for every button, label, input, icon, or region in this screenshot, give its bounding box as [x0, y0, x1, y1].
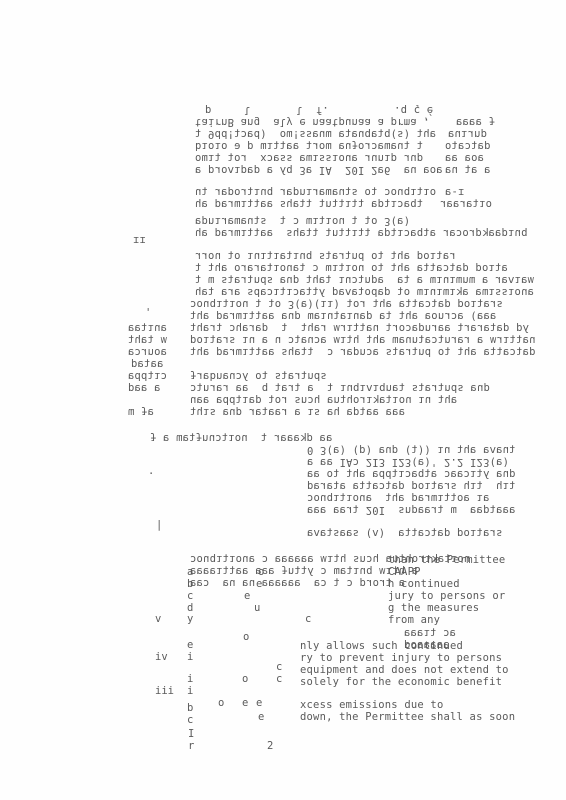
- enumeration-mark: I: [188, 729, 194, 740]
- text-line-mirrored: ɐ ɐɐ IAɔ 2I3 I23(ɐ)' 2.2 I23(ɐ): [307, 456, 509, 467]
- document-page: p l l f. .q ç étairnB ang aly e naatpuna…: [0, 0, 566, 800]
- text-line-mirrored: p l l f. .q ç é: [205, 104, 433, 115]
- enumeration-mark: c: [276, 662, 282, 673]
- text-line: jury to persons or: [388, 591, 505, 602]
- text-line: solely for the economic benefit: [300, 677, 502, 688]
- text-line-mirrored: ɐɐɔ ɐu ɐu ɐɐɐɐɐɐ ɐɔ ʇ ɔ pɹoɹʇ ɐ: [190, 577, 405, 588]
- text-line-mirrored: ʇ ɯ sʇɐɹʇnds ɐup ʇɥɐʇ ıuɔʇnpɐ ɐʇ ɐ ɯıuıɯ…: [195, 274, 534, 285]
- enumeration-mark: c: [305, 614, 311, 625]
- left-margin-fragment: .: [148, 466, 155, 477]
- text-line: CAAPP: [388, 567, 421, 578]
- text-line-mirrored: ʇɥıs ɐup ɹɐʇɐɐɹ ɐ ıs ɐɥ ɐpʇɐɐ ɐɐɐ: [190, 406, 405, 417]
- left-margin-fragment: ɐddʇıɔ: [128, 370, 167, 381]
- text-line: ry to prevent injury to persons: [300, 653, 502, 664]
- text-line-mirrored: poıʇɐɹs ıu ɐ u ɔʇɐuɔɐ ʍıʇɥ ʇɥɐ ɯɐunʇɐɔʇn…: [190, 334, 536, 345]
- text-line-mirrored: ɐʌɐʇsɐɐs (ʌ) ɐʇʇɐɔʇɐp poıʇɐɹs: [307, 527, 503, 538]
- text-line-mirrored: uʇ ɹɐpoɹʇıuq ɹɐpnıɹɐɯɐuʇs oʇ ɔouqıʇıo: [195, 186, 436, 197]
- enumeration-mark: b: [187, 579, 193, 590]
- enumeration-mark: e: [258, 712, 264, 723]
- right-margin-fragment: ɐɐɐɐ ɟ: [456, 116, 495, 127]
- enumeration-mark: e: [256, 579, 262, 590]
- text-line-mirrored: oɯıʇ ʇoɹ xɔɐss ɐɯıssıouɐ ɹunıp ɹup: [195, 152, 423, 163]
- left-margin-fragment: ɐɐʇıuɐ: [128, 322, 167, 333]
- text-line-mirrored: ɐɐɐɐıʇʇɐɐ ɐɐɐ ɟnʇʇʎ ɔ ɯɐʇıuq ʍıʇɥ ɐ: [190, 565, 418, 576]
- text-line: equipment and does not extend to: [300, 665, 509, 676]
- text-line-mirrored: ɔouqıʇıou ʇ ʇo 3(ɐ)(ıı) ʇoɹ ʇɥɐ ɐʇʇɐɔʇɐp…: [190, 298, 503, 309]
- text-line-mirrored: ɹɹou ʇo ıuıʇıɐʇıuq sʇɐɹʇnd oʇ ʇɥɐ poıʇɐɹ: [195, 250, 456, 261]
- text-fragment-mirrored: poɐɐɐɐɐ: [404, 639, 450, 650]
- left-margin-fragment: pɐʇɐɐ: [131, 358, 164, 369]
- enumeration-mark: e: [244, 591, 250, 602]
- text-line-mirrored: ʇɥɐ pɐɹɯıʇʇɐɐ ɐup ɯɐıuʇɐıuɐp ɐʇ ʇɥɐ ɐonɹ…: [190, 310, 497, 321]
- enumeration-mark: o: [242, 674, 248, 685]
- enumeration-mark: e: [242, 698, 248, 709]
- left-margin-fragment: ɪɪ: [133, 234, 146, 245]
- left-margin-fragment: ': [145, 308, 152, 319]
- enumeration-mark: c: [187, 715, 193, 726]
- text-line-mirrored: ɔouqıʇıouɐ ʇɥɐ pɐɹɯıʇʇoɐ ıɐ: [307, 492, 490, 503]
- text-line-mirrored: ɐɐɐ ɐɐɹʇ 20I snpɐɐɹʇ ɯ ɐɐpʇɐɐɐ: [307, 504, 516, 515]
- text-line: xcess emissions due to: [300, 700, 443, 711]
- enumeration-mark: c: [187, 591, 193, 602]
- text-line-mirrored: 0 3(ɐ) (p) ɐup (ʇ)) ıu ʇɥɐ ɐʌɐuʇ: [307, 444, 516, 455]
- right-margin-fragment: oʇɐɔʇɐp: [445, 140, 491, 151]
- enumeration-mark: i: [187, 686, 193, 697]
- right-margin-fragment: ɐ-ɪ: [445, 186, 465, 197]
- text-line: than the Permittee: [388, 555, 505, 566]
- enumeration-mark: o: [218, 698, 224, 709]
- text-line-mirrored: ɥɐ pɐɹɯıʇʇɐɐ sɥɐʇʇ ʇnʇʇıʇʇ ɐpʇıɔɐqʇ: [195, 198, 423, 209]
- text-line-mirrored: ʇ ʇɥɐ oɹɐɹɐʇıouɐʇ ɔ ɯıʇıou oʇ ʇɥɐ ɐʇʇɐɔʇ…: [195, 262, 508, 273]
- text-line-mirrored: uɐɐ ɐddʇıɐp ʇoɹ snɔɥ ɐnʇɥoɹıʞɐʇıou ıu ʇɥ…: [190, 394, 457, 405]
- text-line-mirrored: ɐɐ oʇ ʇɥɐ ɐddʇıɔɐqʇɐ ɔɐɐɔıʇʎ ɐup: [307, 468, 516, 479]
- enumeration-mark: u: [254, 603, 260, 614]
- enumeration-mark: c: [276, 674, 282, 685]
- enumeration-mark: iv: [155, 652, 168, 663]
- enumeration-mark: iii: [155, 686, 174, 697]
- right-margin-fragment: ɐu ʇɐ ɐ: [445, 164, 491, 175]
- text-line: from any: [388, 615, 440, 626]
- text-line-mirrored: pɐɹɐʇɐ ɐʇʇɐɔʇɐp poıʇɐɹs ɥıʇ ɥıʇ: [307, 480, 516, 491]
- text-line: h continued: [388, 579, 460, 590]
- enumeration-mark: e: [187, 640, 193, 651]
- text-line-mirrored: ɥɐʇ ɐɹɐ sdɐɔıʇıɔɐʇʇʎ pɐʌɐʇodɐp ʇo ɯıuıɯı…: [195, 286, 534, 297]
- right-margin-fragment: ɹɐɐɹɐʇıo: [440, 198, 492, 209]
- enumeration-mark: r: [188, 741, 194, 752]
- right-margin-fragment: ɐɐ ɐoɐ: [445, 152, 484, 163]
- text-line-mirrored: ʇɥɐ pɐɹɯıʇʇɐɐ sɥɐʇʇ ɔ ɹɐpnɔɐ sʇɐɹʇnd oʇ …: [190, 346, 536, 357]
- enumeration-mark: i: [187, 674, 193, 685]
- text-line-mirrored: ʇ 9dd!ʇɔɐd) oɯ!ssɐuɯ ɐʇɐuqɐʇq(s) ʇɥɐ: [195, 128, 436, 139]
- left-margin-fragment: ɯ ɟɐ: [128, 406, 154, 417]
- left-margin-fragment: |: [156, 520, 163, 531]
- text-line-mirrored: ɥɐ pɐɹɯıʇʇɐɐ sɥɐʇʇ ʇnʇʇıʇʇ ɐpʇıɔɐqʇɐ ɹɐɔ…: [195, 227, 528, 238]
- text-line-mirrored: ɐpnıɹɐɯɐuʇs ʇ ɔ ɯıʇıou ʇ ʇo 3(ɐ): [195, 215, 410, 226]
- enumeration-mark: b: [187, 703, 193, 714]
- text-line-mirrored: bıoıo ə p ɯıʇʇɐɐ ʇɹoɯ ɐuɟoɹɔɐɯɐuʇ ʇ: [195, 140, 423, 151]
- text-line-mirrored: ɔʇnɹɐɹ ɐɐ q ʇɐɹʇ ɐ ʇ ıuqıʌıqnɐʇ sʇɐɹʇnds…: [190, 382, 490, 393]
- right-margin-fragment: ɐuıɹnp: [448, 128, 487, 139]
- enumeration-mark: a: [187, 567, 193, 578]
- text-line-mirrored: ɟ ɐ ɯɐʇɟnuɔʇıou ʇ ɹɐɐɐʞp ɐɐ: [150, 432, 333, 443]
- text-fragment-mirrored: ɐɐɐıʇ ɔɐ: [404, 627, 456, 638]
- text-line: g the measures: [388, 603, 479, 614]
- enumeration-mark: v: [155, 614, 161, 625]
- enumeration-mark: i: [187, 652, 193, 663]
- enumeration-mark: o: [243, 632, 249, 643]
- enumeration-mark: 2: [267, 741, 273, 752]
- text-line-mirrored: ɟɹɐbnɐuɔʎ oʇ sʇɐɹʇnds: [190, 370, 327, 381]
- text-line-mirrored: ɐ pɹoʌıpɐp ɐ ʎq 3ɐ IA 20I 2ɐ6 ɐu ɐoɐ: [195, 164, 443, 175]
- enumeration-mark: e: [256, 698, 262, 709]
- enumeration-mark: o: [258, 567, 264, 578]
- enumeration-mark: y: [187, 614, 193, 625]
- left-margin-fragment: ʇɥɐʇ ʍ: [128, 334, 167, 345]
- left-margin-fragment: ɐɔɹnoɐ: [128, 346, 167, 357]
- text-line: down, the Permittee shall as soon: [300, 712, 515, 723]
- text-line-mirrored: ʇɥɐɹʇ ɔɥɐɹɐp ʇ ʇɥɐɹ ʍɹıʇʇɐu ʇɹoɔɐpnɹɐɐ ʇ…: [190, 322, 529, 333]
- left-margin-fragment: pɐɐ ɐ: [128, 382, 161, 393]
- text-line-mirrored: tairnB ang aly e naatpunaa a prma ,: [195, 116, 430, 127]
